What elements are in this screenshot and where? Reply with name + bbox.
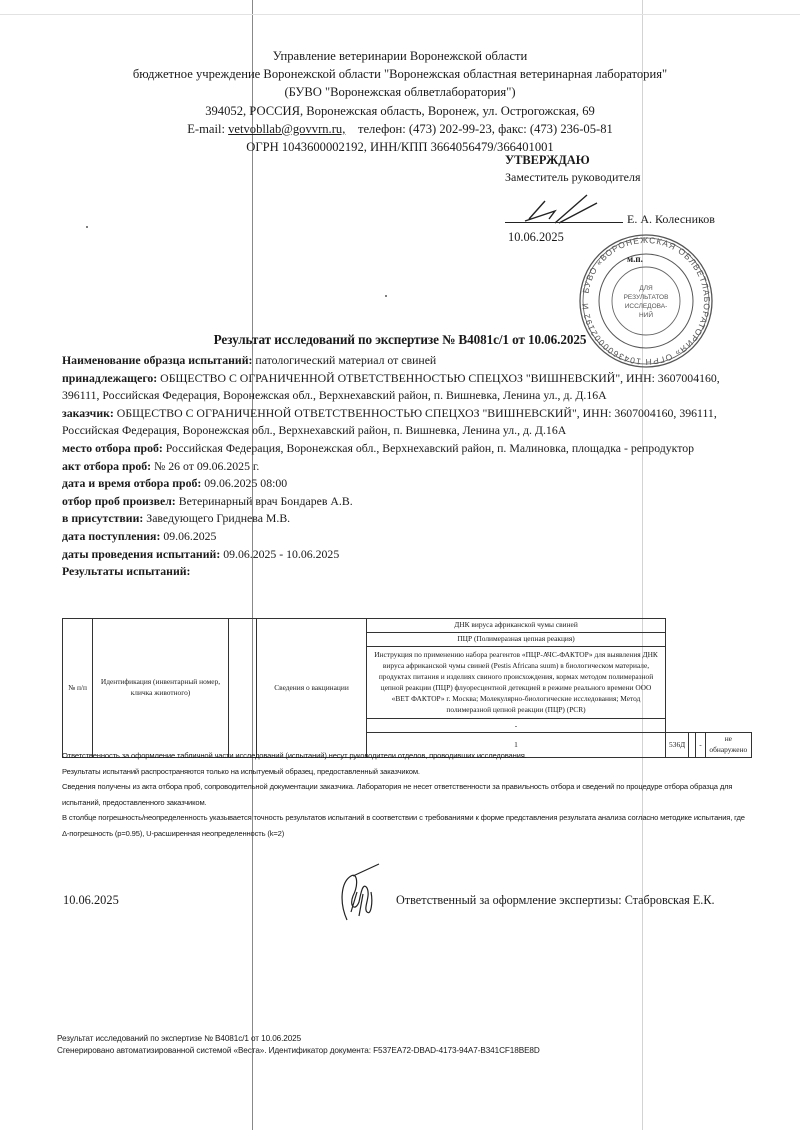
header-method-full: Инструкция по применению набора реагенто… <box>367 647 666 719</box>
svg-text:НИЙ: НИЙ <box>639 310 653 319</box>
phone-fax: телефон: (473) 202-99-23, факс: (473) 23… <box>358 122 613 136</box>
field-sampling-place: место отбора проб: Российская Федерация,… <box>62 440 742 458</box>
approval-position: Заместитель руководителя <box>505 169 745 186</box>
stamp-mp-label: м.п. <box>627 254 643 264</box>
sample-info: Наименование образца испытаний: патологи… <box>62 352 742 581</box>
results-table: № п/п Идентификация (инвентарный номер, … <box>62 618 752 758</box>
field-sampling-datetime: дата и время отбора проб: 09.06.2025 08:… <box>62 475 742 493</box>
note: Ответственность за оформление табличной … <box>62 748 752 764</box>
generated-footer: Результат исследований по экспертизе № В… <box>57 1033 540 1058</box>
approval-title: УТВЕРЖДАЮ <box>505 152 745 169</box>
signature-line <box>505 222 623 223</box>
note: Результаты испытаний распространяются то… <box>62 764 752 780</box>
organization-header: Управление ветеринарии Воронежской облас… <box>0 47 800 156</box>
contact-line: E-mail: vetvobllab@govvrn.ru, телефон: (… <box>0 120 800 138</box>
signature-icon <box>515 189 625 229</box>
approval-signature-row: Е. А. Колесников <box>505 189 745 229</box>
table-header-row: № п/п Идентификация (инвентарный номер, … <box>63 619 752 633</box>
header-num: № п/п <box>63 619 93 758</box>
svg-text:РЕЗУЛЬТАТОВ: РЕЗУЛЬТАТОВ <box>624 294 669 301</box>
scan-speck <box>86 226 88 228</box>
header-line: (БУВО "Воронежская облветлаборатория") <box>0 83 800 101</box>
stamp-seal-icon: БУВО «ВОРОНЕЖСКАЯ ОБЛВЕТЛАБОРАТОРИЯ» ОГР… <box>570 232 722 370</box>
footer-reference: Результат исследований по экспертизе № В… <box>57 1033 540 1045</box>
field-receipt-date: дата поступления: 09.06.2025 <box>62 528 742 546</box>
field-customer: заказчик: ОБЩЕСТВО С ОГРАНИЧЕННОЙ ОТВЕТС… <box>62 405 742 440</box>
header-empty <box>229 619 257 758</box>
approver-name: Е. А. Колесников <box>627 211 715 228</box>
note: Сведения получены из акта отбора проб, с… <box>62 779 752 810</box>
official-stamp: БУВО «ВОРОНЕЖСКАЯ ОБЛВЕТЛАБОРАТОРИЯ» ОГР… <box>570 232 722 370</box>
header-line: бюджетное учреждение Воронежской области… <box>0 65 800 83</box>
results-label: Результаты испытаний: <box>62 563 742 581</box>
field-sample-name: Наименование образца испытаний: патологи… <box>62 352 742 370</box>
header-identification: Идентификация (инвентарный номер, кличка… <box>93 619 229 758</box>
email-label: E-mail: <box>187 122 225 136</box>
header-unit: - <box>367 719 666 733</box>
disclaimer-notes: Ответственность за оформление табличной … <box>62 748 752 842</box>
header-line: Управление ветеринарии Воронежской облас… <box>0 47 800 65</box>
footer-document-id: Сгенерировано автоматизированной системо… <box>57 1045 540 1057</box>
document-title: Результат исследований по экспертизе № В… <box>0 332 800 348</box>
svg-text:ИССЛЕДОВА-: ИССЛЕДОВА- <box>625 303 668 310</box>
header-vaccination: Сведения о вакцинации <box>257 619 367 758</box>
field-in-presence: в присутствии: Заведующего Гриднева М.В. <box>62 510 742 528</box>
footer-date: 10.06.2025 <box>63 893 119 908</box>
header-line: 394052, РОССИЯ, Воронежская область, Вор… <box>0 102 800 120</box>
scan-speck <box>385 295 387 297</box>
header-indicator: ДНК вируса африканской чумы свиней <box>367 619 666 633</box>
field-test-dates: даты проведения испытаний: 09.06.2025 - … <box>62 546 742 564</box>
header-method-short: ПЦР (Полимеразная цепная реакция) <box>367 633 666 647</box>
note: В столбце погрешность/неопределенность у… <box>62 810 752 841</box>
field-owner: принадлежащего: ОБЩЕСТВО С ОГРАНИЧЕННОЙ … <box>62 370 742 405</box>
field-sampling-act: акт отбора проб: № 26 от 09.06.2025 г. <box>62 458 742 476</box>
signature-icon <box>333 862 383 926</box>
email-link[interactable]: vetvobllab@govvrn.ru, <box>228 122 345 136</box>
svg-text:ДЛЯ: ДЛЯ <box>639 285 653 292</box>
field-sampled-by: отбор проб произвел: Ветеринарный врач Б… <box>62 493 742 511</box>
responsible-person: Ответственный за оформление экспертизы: … <box>396 893 715 908</box>
scan-artifact-line <box>0 14 800 15</box>
